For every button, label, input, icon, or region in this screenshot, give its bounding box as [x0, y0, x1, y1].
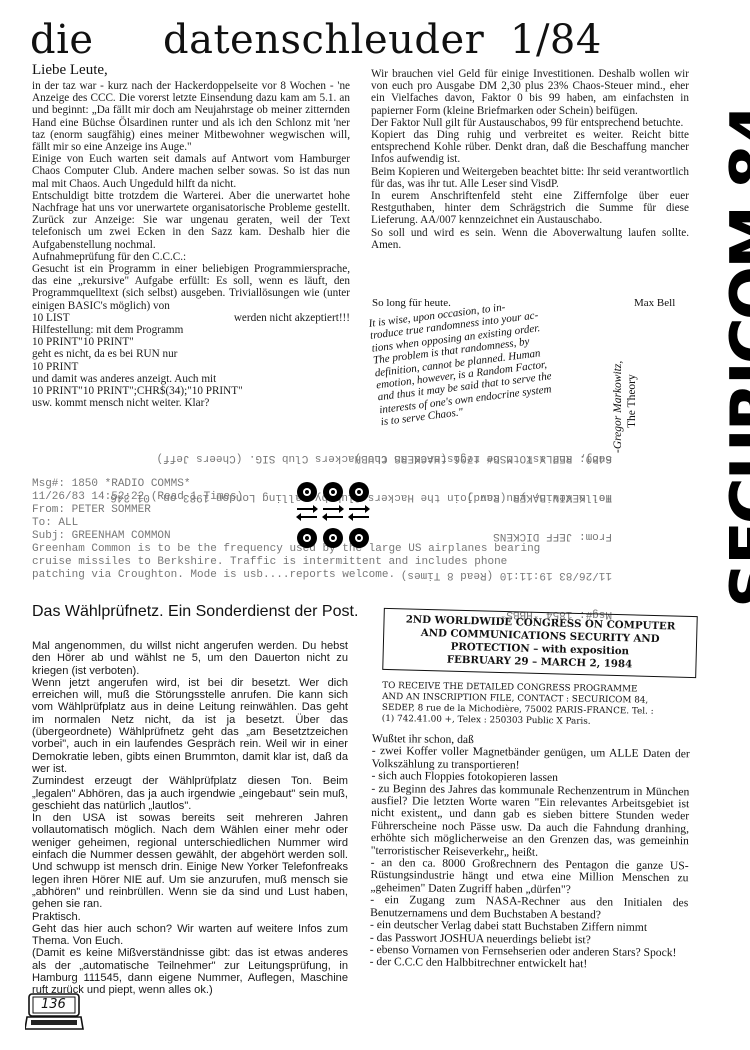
- article-title: Das Wählprüfnetz. Ein Sonderdienst der P…: [32, 603, 358, 621]
- paragraph: Praktisch.: [32, 911, 348, 923]
- intro-left-column: in der taz war - kurz nach der Hackerdop…: [32, 80, 350, 409]
- paragraph: Kopiert das Ding ruhig und verbreitet es…: [371, 129, 689, 166]
- paragraph: So soll und wird es sein. Wenn die Above…: [371, 227, 689, 251]
- attribution-author: -Gregor Markowitz,: [612, 361, 624, 453]
- paragraph: In eurem Anschriftenfeld steht eine Ziff…: [371, 190, 689, 227]
- paragraph: Zumindest erzeugt der Wählprüfplatz dies…: [32, 775, 348, 812]
- arrow-right-icon: [323, 508, 341, 510]
- attribution-work: The Theory: [626, 374, 638, 428]
- tape-reel-icon: [297, 528, 317, 548]
- paragraph: In den USA ist sowas bereits seit mehrer…: [32, 812, 348, 910]
- congress-announcement-box: 2ND WORLDWIDE CONGRESS ON COMPUTER AND C…: [382, 608, 698, 678]
- tape-reel-icon: [323, 482, 343, 502]
- author-signature: Max Bell: [634, 297, 675, 309]
- masthead: die datenschleuder 1/84: [30, 18, 590, 62]
- hint-line: geht es nicht, da es bei RUN nur: [32, 348, 350, 360]
- issue-number: 1/84: [510, 18, 602, 62]
- paragraph: Aufnahmeprüfung für den C.C.C.:: [32, 251, 350, 263]
- greeting: Liebe Leute,: [32, 62, 108, 79]
- paragraph: in der taz war - kurz nach der Hackerdop…: [32, 80, 350, 153]
- paragraph: Mal angenommen, du willst nicht angerufe…: [32, 640, 348, 677]
- arrow-left-icon: [351, 516, 369, 518]
- paragraph: Einige von Euch warten seit damals auf A…: [32, 153, 350, 190]
- hint-line: 10 PRINT"10 PRINT";CHR$(34);"10 PRINT": [32, 385, 350, 397]
- masthead-die: die: [30, 18, 94, 62]
- quote-attribution: -Gregor Markowitz, The Theory: [610, 318, 650, 458]
- paragraph: (Damit es keine Mißverständnisse gibt: d…: [32, 947, 348, 996]
- tape-reels-graphic: [295, 478, 375, 553]
- paragraph: Entschuldigt bitte trotzdem die Warterei…: [32, 190, 350, 251]
- tape-reel-icon: [323, 528, 343, 548]
- waehlpruefnetz-article: Mal angenommen, du willst nicht angerufe…: [32, 640, 348, 1009]
- paragraph: Gesucht ist ein Programm in einer belieb…: [32, 263, 350, 312]
- list-item: - an den ca. 8000 Großrechnern des Penta…: [370, 857, 688, 898]
- page-number: 136: [41, 997, 66, 1012]
- hint-line: usw. kommt mensch nicht weiter. Klar?: [32, 397, 350, 409]
- signoff: So long für heute.: [372, 297, 451, 309]
- tape-reel-icon: [297, 482, 317, 502]
- paragraph: Beim Kopieren und Weitergeben beachtet b…: [371, 166, 689, 190]
- securicom-banner: SECURICOM 84: [655, 318, 735, 608]
- printout-line: 6480, and ask to be registered on the Ha…: [32, 451, 612, 464]
- arrow-left-icon: [325, 516, 343, 518]
- code-list-line: 10 LIST werden nicht akzeptiert!!!: [32, 312, 350, 324]
- printout-line: patching via Croughton. Mode is usb....r…: [32, 569, 632, 582]
- list-item: - zu Beginn des Jahres das kommunale Rec…: [371, 783, 690, 861]
- paragraph: Wir brauchen viel Geld für einige Invest…: [371, 68, 689, 117]
- arrow-right-icon: [349, 508, 367, 510]
- masthead-title: datenschleuder: [163, 18, 484, 62]
- hint-line: 10 PRINT"10 PRINT": [32, 336, 350, 348]
- printout-line: cruise missiles to Berkshire. Traffic is…: [32, 556, 632, 569]
- page-number-computer-icon: 136: [25, 993, 85, 1033]
- hint-line: Hilfestellung: mit dem Programm: [32, 324, 350, 336]
- paragraph: Geht das hier auch schon? Wir warten auf…: [32, 923, 348, 948]
- did-you-know-list: Wußtet ihr schon, daß - zwei Koffer voll…: [370, 733, 690, 972]
- arrow-left-icon: [299, 516, 317, 518]
- code-list: 10 LIST: [32, 312, 70, 324]
- paragraph: Der Faktor Null gilt für Austauschabos, …: [371, 117, 689, 129]
- tape-reel-icon: [349, 482, 369, 502]
- not-accepted: werden nicht akzeptiert!!!: [234, 312, 350, 324]
- paragraph: Wenn jetzt angerufen wird, ist bei dir b…: [32, 677, 348, 775]
- congress-contact: TO RECEIVE THE DETAILED CONGRESS PROGRAM…: [382, 681, 683, 729]
- intro-right-column: Wir brauchen viel Geld für einige Invest…: [371, 68, 689, 251]
- arrow-right-icon: [297, 508, 315, 510]
- hint-line: und damit was anderes anzeigt. Auch mit: [32, 373, 350, 385]
- tape-reel-icon: [349, 528, 369, 548]
- hint-line: 10 PRINT: [32, 361, 350, 373]
- securicom-text: SECURICOM 84: [723, 106, 750, 608]
